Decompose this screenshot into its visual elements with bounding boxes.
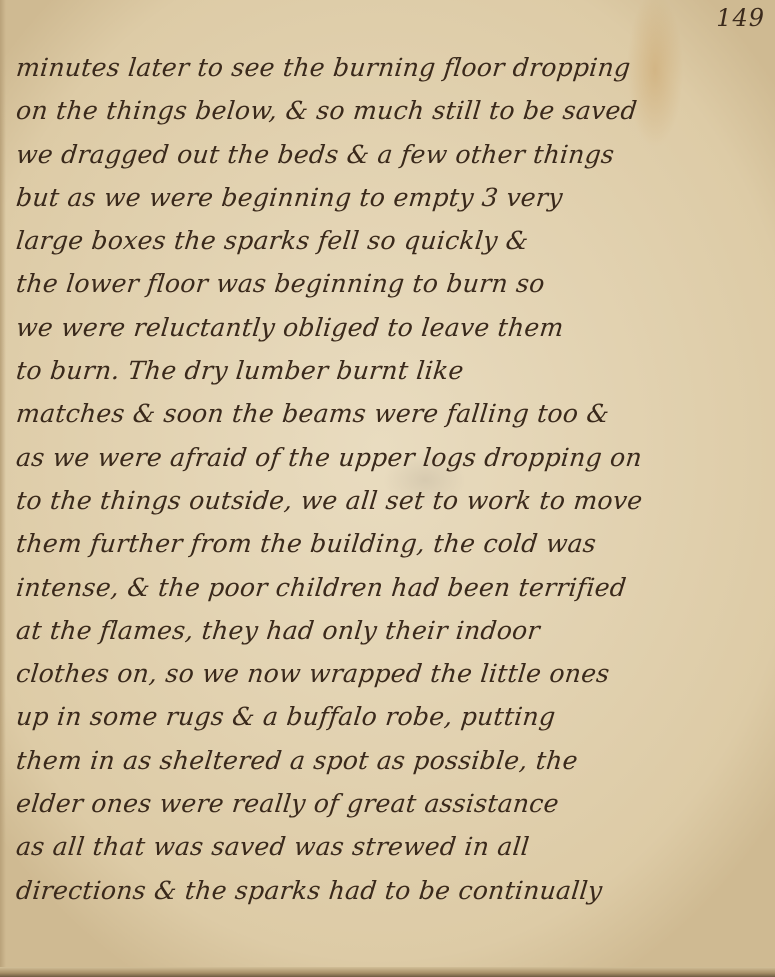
text-line-3: we dragged out the beds & a few other th… [14, 133, 775, 176]
handwritten-text-block: minutes later to see the burning floor d… [14, 46, 774, 912]
text-line-15: clothes on, so we now wrapped the little… [14, 652, 775, 695]
text-line-14: at the flames, they had only their indoo… [14, 609, 775, 652]
text-line-16: up in some rugs & a buffalo robe, puttin… [14, 695, 775, 738]
page-bottom-edge [0, 967, 775, 977]
text-line-13: intense, & the poor children had been te… [14, 566, 775, 609]
text-line-8: to burn. The dry lumber burnt like [14, 349, 775, 392]
text-line-7: we were reluctantly obliged to leave the… [14, 306, 775, 349]
text-line-5: large boxes the sparks fell so quickly & [14, 219, 775, 262]
manuscript-page: 149 minutes later to see the burning flo… [0, 0, 775, 977]
text-line-4: but as we were beginning to empty 3 very [14, 176, 775, 219]
text-line-19: as all that was saved was strewed in all [14, 825, 775, 868]
text-line-11: to the things outside, we all set to wor… [14, 479, 775, 522]
page-left-edge [0, 0, 6, 977]
text-line-18: elder ones were really of great assistan… [14, 782, 775, 825]
text-line-9: matches & soon the beams were falling to… [14, 392, 775, 435]
text-line-20: directions & the sparks had to be contin… [14, 869, 775, 912]
text-line-12: them further from the building, the cold… [14, 522, 775, 565]
text-line-6: the lower floor was beginning to burn so [14, 262, 775, 305]
text-line-2: on the things below, & so much still to … [14, 89, 775, 132]
page-number: 149 [716, 4, 765, 32]
text-line-10: as we were afraid of the upper logs drop… [14, 436, 775, 479]
text-line-1: minutes later to see the burning floor d… [14, 46, 775, 89]
text-line-17: them in as sheltered a spot as possible,… [14, 739, 775, 782]
